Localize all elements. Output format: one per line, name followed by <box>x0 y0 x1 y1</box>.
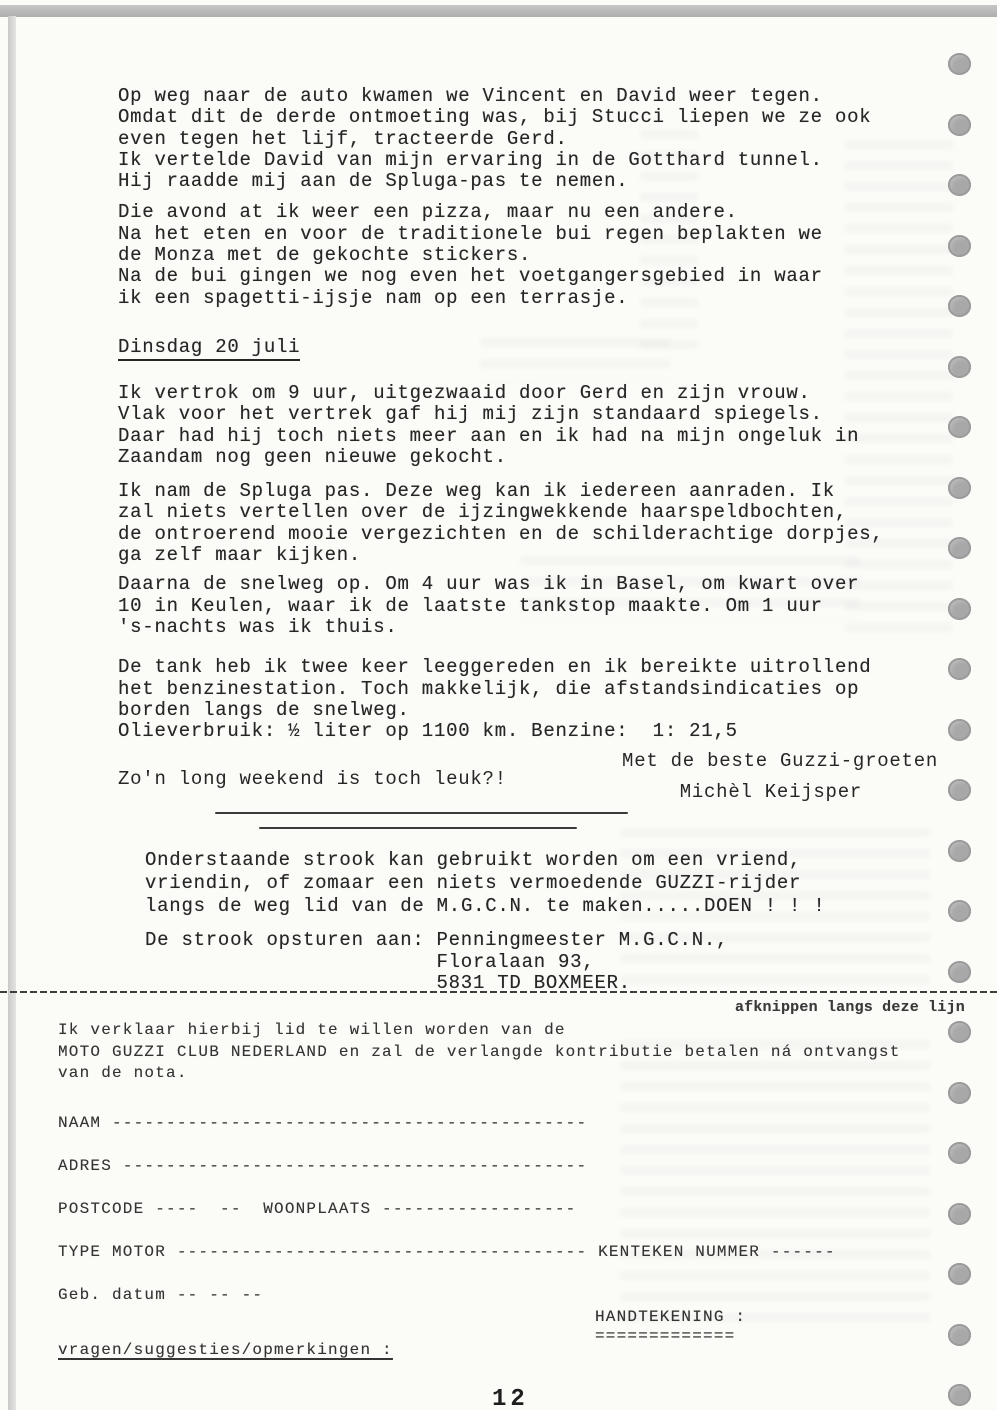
text-line: borden langs de snelweg. <box>118 700 918 721</box>
membership-form: Ik verklaar hierbij lid te willen worden… <box>58 1020 938 1328</box>
form-field-line: Geb. datum -- -- -- <box>58 1285 938 1306</box>
binder-hole <box>948 1263 971 1285</box>
binder-hole <box>948 537 971 559</box>
binder-holes <box>937 0 997 1410</box>
binder-hole <box>948 1203 971 1225</box>
text-line: zal niets vertellen over de ijzingwekken… <box>118 502 918 523</box>
text-line: Na het eten en voor de traditionele bui … <box>118 224 918 245</box>
binder-hole <box>948 174 971 196</box>
text-line: MOTO GUZZI CLUB NEDERLAND en zal de verl… <box>58 1042 938 1064</box>
text-line: het benzinestation. Toch makkelijk, die … <box>118 679 918 700</box>
text-line: Hij raadde mij aan de Spluga-pas te neme… <box>118 171 918 192</box>
send-to-row: De strook opsturen aan: Penningmeester M… <box>145 930 925 995</box>
binder-hole <box>948 416 971 438</box>
binder-hole <box>948 1324 971 1346</box>
binder-hole <box>948 779 971 801</box>
binder-hole <box>948 1082 971 1104</box>
questions-suggestions-label: vragen/suggesties/opmerkingen : <box>58 1341 393 1359</box>
address-line: Penningmeester M.G.C.N., <box>437 930 729 952</box>
binder-hole <box>948 1142 971 1164</box>
paragraph: Die avond at ik weer een pizza, maar nu … <box>118 202 918 308</box>
text-line: 10 in Keulen, waar ik de laatste tanksto… <box>118 596 918 617</box>
signature-rule: ============= <box>595 1327 746 1346</box>
text-line: even tegen het lijf, tracteerde Gerd. <box>118 129 918 150</box>
send-to-label: De strook opsturen aan: <box>145 930 425 995</box>
text-line: Ik verklaar hierbij lid te willen worden… <box>58 1020 938 1042</box>
text-line: Daar had hij toch niets meer aan en ik h… <box>118 426 918 447</box>
strip-intro: Onderstaande strook kan gebruikt worden … <box>145 849 925 918</box>
text-line: Zaandam nog geen nieuwe gekocht. <box>118 447 918 468</box>
form-field-line: NAAM -----------------------------------… <box>58 1113 938 1134</box>
cut-here-label: afknippen langs deze lijn <box>735 999 965 1016</box>
paragraph: De tank heb ik twee keer leeggereden en … <box>118 657 918 742</box>
text-line: Na de bui gingen we nog even het voetgan… <box>118 266 918 287</box>
closing-block: Zo'n long weekend is toch leuk?! Met de … <box>118 748 940 812</box>
text-line: Vlak voor het vertrek gaf hij mij zijn s… <box>118 404 918 425</box>
scanned-newsletter-page: Op weg naar de auto kwamen we Vincent en… <box>0 0 997 1410</box>
text-line: ik een spagetti-ijsje nam op een terrasj… <box>118 288 918 309</box>
page-number: 12 <box>492 1386 529 1410</box>
text-line: Die avond at ik weer een pizza, maar nu … <box>118 202 918 223</box>
binder-hole <box>948 295 971 317</box>
text-line: Onderstaande strook kan gebruikt worden … <box>145 849 925 872</box>
text-line: Ik vertrok om 9 uur, uitgezwaaid door Ge… <box>118 383 918 404</box>
binder-hole <box>948 719 971 741</box>
form-field-line: POSTCODE ---- -- WOONPLAATS ------------… <box>58 1199 938 1220</box>
membership-strip-info: Onderstaande strook kan gebruikt worden … <box>145 849 925 995</box>
form-field-line: ADRES ----------------------------------… <box>58 1156 938 1177</box>
scan-edge-left <box>8 16 16 1410</box>
separator-rule <box>215 812 628 814</box>
address-line: Floralaan 93, <box>437 952 729 974</box>
binder-hole <box>948 961 971 983</box>
text-line: vriendin, of zomaar een niets vermoedend… <box>145 872 925 895</box>
scan-edge-top <box>0 5 997 17</box>
section-heading-text: Dinsdag 20 juli <box>118 336 300 361</box>
text-line: Omdat dit de derde ontmoeting was, bij S… <box>118 107 918 128</box>
binder-hole <box>948 1384 971 1406</box>
binder-hole <box>948 658 971 680</box>
trip-report: Op weg naar de auto kwamen we Vincent en… <box>118 86 918 742</box>
paragraph: Ik nam de Spluga pas. Deze weg kan ik ie… <box>118 481 918 566</box>
treasurer-address: Penningmeester M.G.C.N.,Floralaan 93,583… <box>437 930 729 995</box>
text-line: Olieverbruik: ½ liter op 1100 km. Benzin… <box>118 721 918 742</box>
closing-question: Zo'n long weekend is toch leuk?! <box>118 768 507 790</box>
membership-declaration: Ik verklaar hierbij lid te willen worden… <box>58 1020 938 1085</box>
text-line: de Monza met de gekochte stickers. <box>118 245 918 266</box>
form-field-line: TYPE MOTOR -----------------------------… <box>58 1242 938 1263</box>
form-fields: NAAM -----------------------------------… <box>58 1113 938 1306</box>
text-line: De tank heb ik twee keer leeggereden en … <box>118 657 918 678</box>
binder-hole <box>948 235 971 257</box>
binder-hole <box>948 840 971 862</box>
author-signature: Michèl Keijsper <box>680 781 862 803</box>
text-line: ga zelf maar kijken. <box>118 545 918 566</box>
binder-hole <box>948 900 971 922</box>
text-line: de ontroerend mooie vergezichten en de s… <box>118 524 918 545</box>
signature-field: HANDTEKENING : ============= <box>595 1308 746 1346</box>
signature-label: HANDTEKENING : <box>595 1308 746 1327</box>
paragraph: Op weg naar de auto kwamen we Vincent en… <box>118 86 918 192</box>
paragraph: Ik vertrok om 9 uur, uitgezwaaid door Ge… <box>118 383 918 468</box>
text-line: Daarna de snelweg op. Om 4 uur was ik in… <box>118 574 918 595</box>
binder-hole <box>948 1021 971 1043</box>
section-heading: Dinsdag 20 juli <box>118 336 918 361</box>
binder-hole <box>948 114 971 136</box>
binder-hole <box>948 53 971 75</box>
text-line: Ik nam de Spluga pas. Deze weg kan ik ie… <box>118 481 918 502</box>
text-line: van de nota. <box>58 1063 938 1085</box>
paragraph: Daarna de snelweg op. Om 4 uur was ik in… <box>118 574 918 638</box>
text-line: Op weg naar de auto kwamen we Vincent en… <box>118 86 918 107</box>
cut-here-dashed-line <box>0 991 997 993</box>
binder-hole <box>948 356 971 378</box>
text-line: 's-nachts was ik thuis. <box>118 617 918 638</box>
binder-hole <box>948 477 971 499</box>
separator-rule <box>259 827 577 829</box>
text-line: langs de weg lid van de M.G.C.N. te make… <box>145 895 925 918</box>
text-line: Ik vertelde David van mijn ervaring in d… <box>118 150 918 171</box>
closing-greeting: Met de beste Guzzi-groeten <box>622 750 938 772</box>
binder-hole <box>948 598 971 620</box>
